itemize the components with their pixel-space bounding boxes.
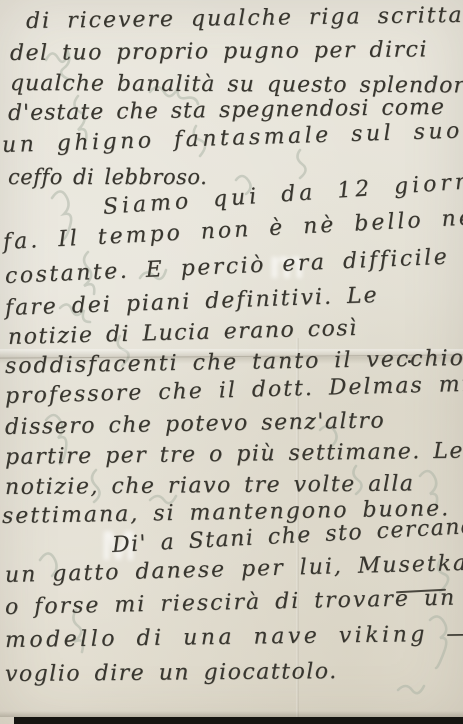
letter-page: m M di ricevere qualche riga scritta del… — [0, 0, 463, 724]
scan-edge — [14, 717, 463, 724]
handwritten-line: fare dei piani definitivi. Le — [5, 283, 379, 321]
handwritten-line: notizie di Lucia erano così — [8, 316, 358, 350]
handwritten-line: qualche banalità su questo splendore — [10, 71, 463, 98]
handwritten-line: ceffo di lebbroso. — [8, 165, 207, 189]
handwritten-line: modello di una nave viking — — [5, 621, 463, 653]
handwritten-line: voglio dire un giocattolo. — [5, 659, 338, 687]
handwritten-line: un gatto danese per lui, Musetkas — [5, 551, 463, 588]
handwritten-line: o forse mi riescirà di trovare un — [5, 586, 457, 620]
handwritten-line: notizie, che riavo tre volte alla — [5, 471, 415, 500]
ink-dot — [408, 360, 411, 363]
handwritten-line: del tuo proprio pugno per dirci — [10, 37, 428, 66]
handwritten-line: dissero che potevo senz'altro — [5, 408, 386, 440]
handwritten-line: partire per tre o più settimane. Le — [5, 439, 463, 470]
handwritten-line: di ricevere qualche riga scritta — [26, 3, 463, 34]
